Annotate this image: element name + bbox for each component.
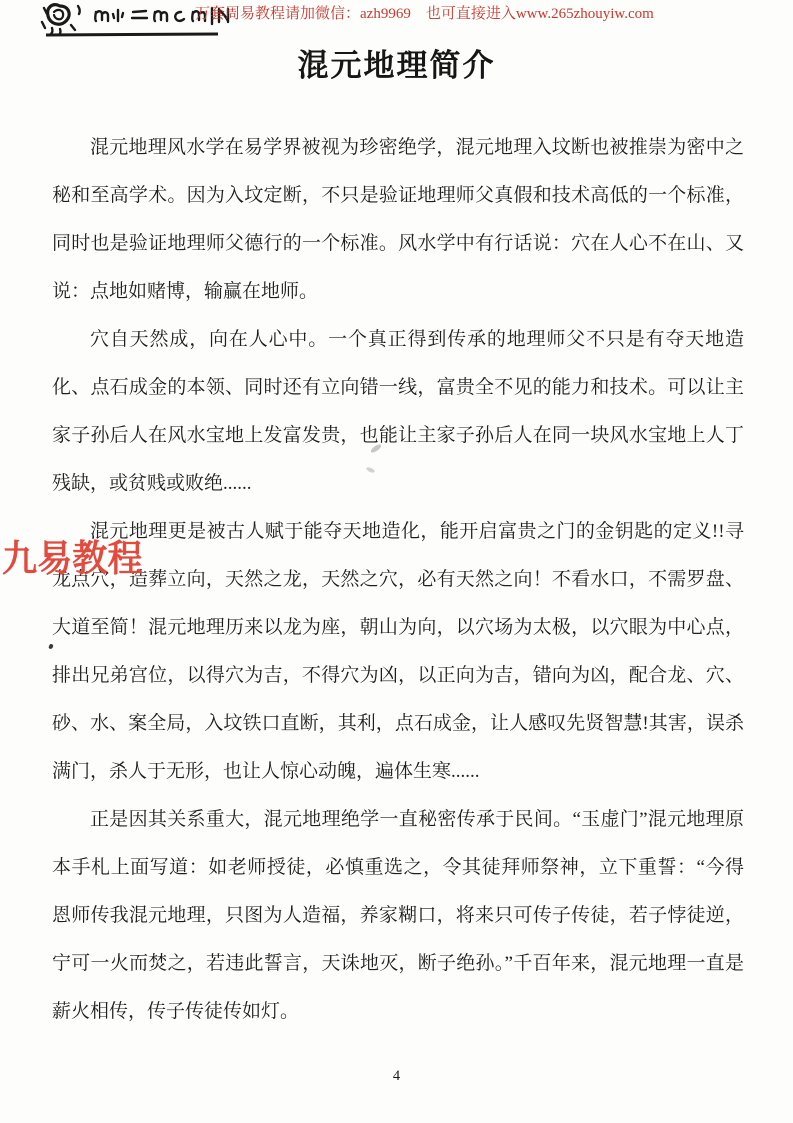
paragraph-3: 混元地理更是被古人赋于能夺天地造化，能开启富贵之门的金钥匙的定义!!寻龙点穴，造…: [52, 508, 744, 796]
paragraph-2: 穴自天然成，向在人心中。一个真正得到传承的地理师父不只是有夺天地造化、点石成金的…: [52, 316, 744, 508]
document-body: 混元地理风水学在易学界被视为珍密绝学，混元地理入坟断也被推崇为密中之秘和至高学术…: [52, 124, 744, 1036]
document-page: 万套周易教程请加微信：azh9969 也可直接进入www.265zhouyiw.…: [0, 0, 793, 1123]
page-number: 4: [0, 1068, 793, 1085]
header-ad-text: 万套周易教程请加微信：azh9969 也可直接进入www.265zhouyiw.…: [195, 4, 654, 24]
paragraph-4: 正是因其关系重大，混元地理绝学一直秘密传承于民间。“玉虚门”混元地理原本手札上面…: [52, 796, 744, 1036]
page-title: 混元地理简介: [0, 46, 793, 86]
watermark-badge: 九易教程: [2, 540, 143, 577]
paragraph-1: 混元地理风水学在易学界被视为珍密绝学，混元地理入坟断也被推崇为密中之秘和至高学术…: [52, 124, 744, 316]
